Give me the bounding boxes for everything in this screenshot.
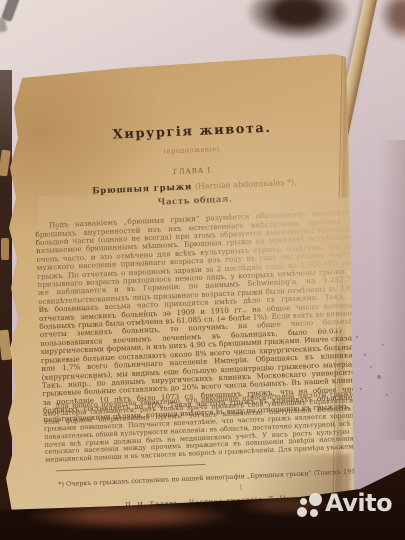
torn-paper-fragment bbox=[1, 238, 9, 260]
avito-watermark: Avito bbox=[292, 488, 405, 533]
avito-logo-icon bbox=[300, 498, 307, 505]
page-text-block: Хирургія живота. (продолженіе). ГЛАВА I.… bbox=[28, 61, 369, 521]
wall-specks bbox=[356, 336, 358, 338]
section-heading-latin: (Herniae abdominales *). bbox=[195, 178, 297, 191]
book-page: Хирургія живота. (продолженіе). ГЛАВА I.… bbox=[4, 48, 356, 518]
photo-of-book-page: Хирургія живота. (продолженіе). ГЛАВА I.… bbox=[0, 0, 405, 540]
section-heading-russian: Брюшныя грыжи bbox=[92, 182, 192, 196]
small-type-paragraph: Для нашего отечества характерно, что пов… bbox=[43, 389, 367, 464]
avito-logo-icon bbox=[297, 507, 307, 517]
top-shadow-blob bbox=[246, 0, 350, 40]
left-dark-gap bbox=[0, 70, 12, 520]
right-wall-shade bbox=[379, 140, 405, 440]
avito-watermark-text: Avito bbox=[325, 489, 392, 517]
top-right-shadow bbox=[380, 0, 405, 40]
avito-logo-icon bbox=[309, 493, 322, 506]
avito-logo-icon bbox=[310, 509, 318, 517]
